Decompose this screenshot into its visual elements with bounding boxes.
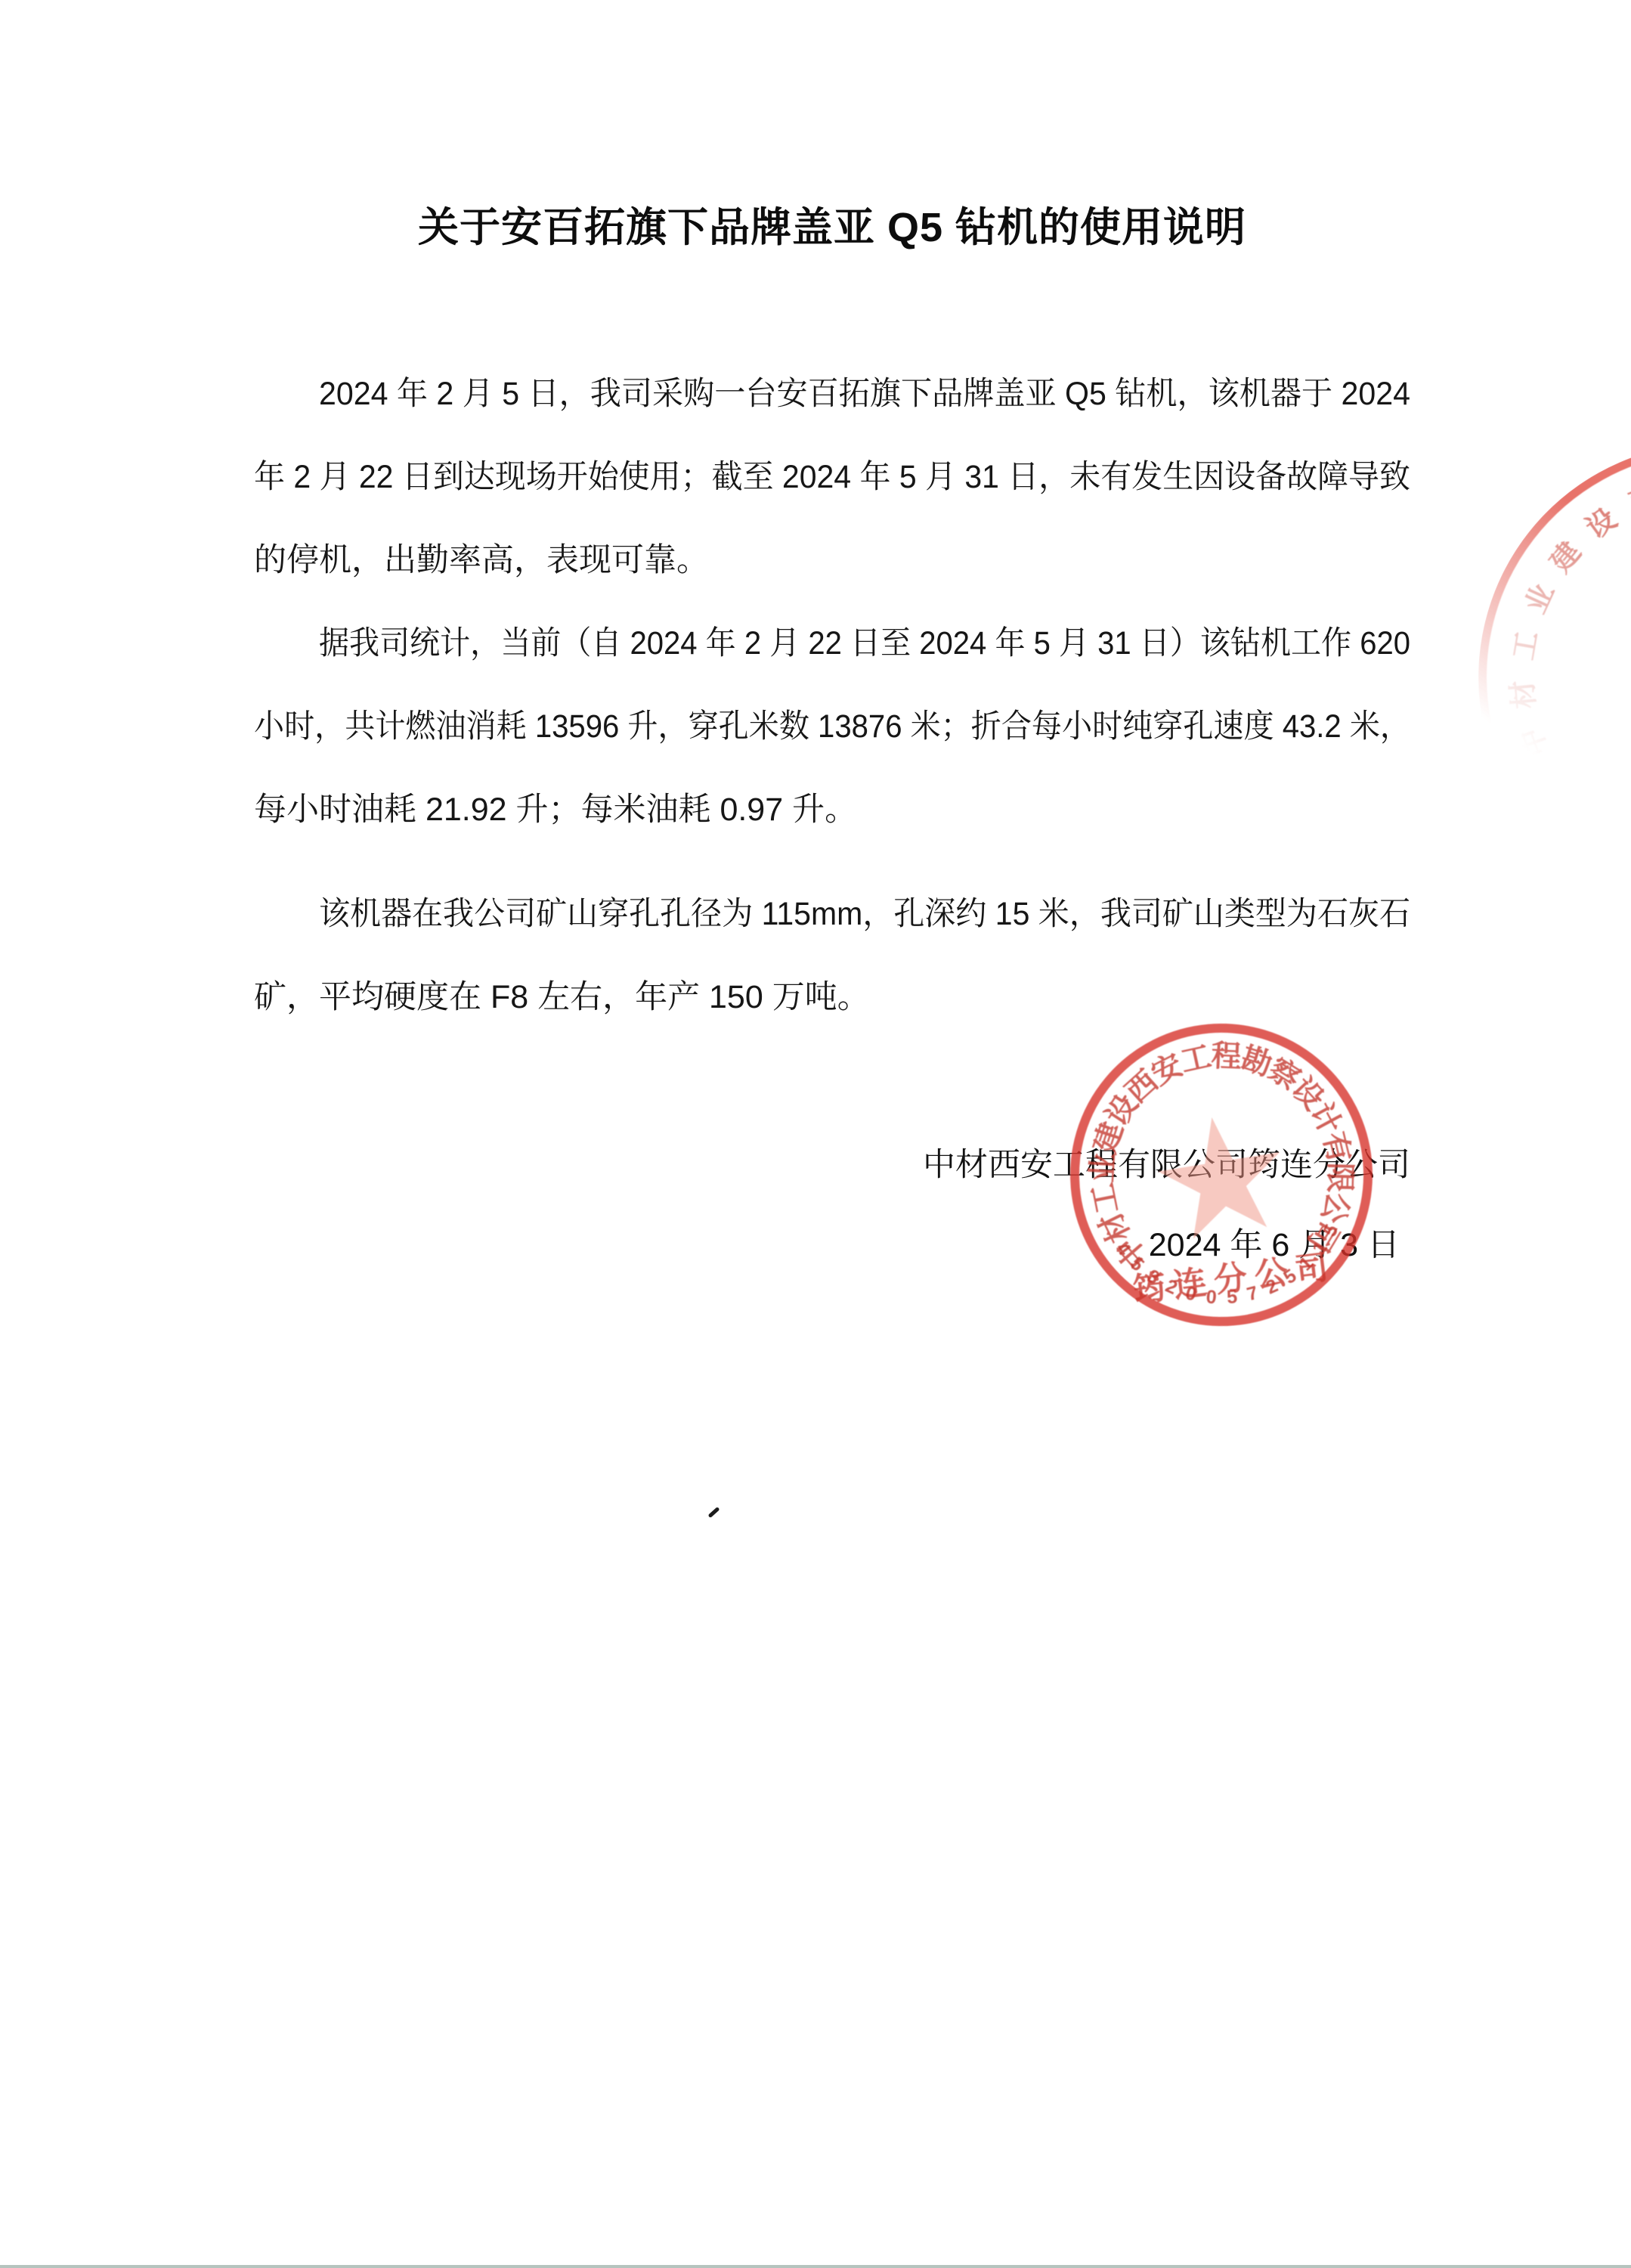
- document-title: 关于安百拓旗下品牌盖亚 Q5 钻机的使用说明: [254, 195, 1410, 253]
- body-line: 年 2 月 22 日到达现场开始使用；截至 2024 年 5 月 31 日，未有…: [254, 451, 1410, 497]
- seal-arc-text: 中材工业建设西安工程勘察设计有限公司: [1067, 1021, 1351, 1046]
- seal-serial-number: 5115275002354: [1067, 1021, 1351, 1046]
- body-line: 该机器在我公司矿山穿孔孔径为 115mm，孔深约 15 米，我司矿山类型为石灰石: [319, 888, 1410, 934]
- body-line: 每小时油耗 21.92 升；每米油耗 0.97 升。: [254, 784, 857, 830]
- company-seal-stamp: 中材工业建设西安工程勘察设计有限公司 5115275002354 筠连分公司: [1057, 1011, 1385, 1338]
- body-line: 的停机，出勤率高，表现可靠。: [254, 534, 709, 581]
- body-line: 矿，平均硬度在 F8 左右，年产 150 万吨。: [254, 971, 870, 1018]
- body-line: 2024 年 2 月 5 日，我司采购一台安百拓旗下品牌盖亚 Q5 钻机，该机器…: [319, 368, 1410, 414]
- seal-arc-text: 中材工业建设西安工程勘察设计有限公司: [1558, 398, 1631, 522]
- corner-seal-stamp: 中材工业建设西安工程勘察设计有限公司: [1423, 388, 1631, 968]
- scanned-document-page: 关于安百拓旗下品牌盖亚 Q5 钻机的使用说明 2024 年 2 月 5 日，我司…: [0, 0, 1631, 2268]
- body-line: 据我司统计，当前（自 2024 年 2 月 22 日至 2024 年 5 月 3…: [319, 618, 1410, 664]
- stray-ink-mark: [708, 1507, 720, 1518]
- seal-star-icon: [1148, 1107, 1295, 1254]
- scan-edge-line: [0, 2265, 1631, 2268]
- body-line: 小时，共计燃油消耗 13596 升，穿孔米数 13876 米；折合每小时纯穿孔速…: [254, 701, 1410, 747]
